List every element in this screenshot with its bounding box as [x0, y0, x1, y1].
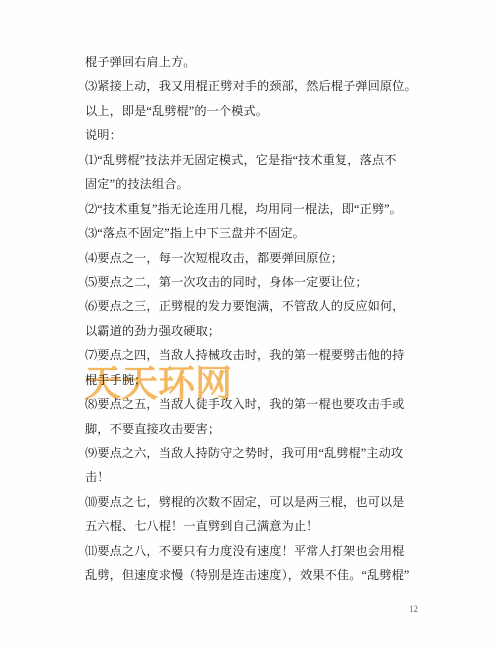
document-page: 天天环网 棍子弹回右肩上方。 ⑶紧接上动，我又用棍正劈对手的颈部，然后棍子弹回原…	[0, 0, 500, 647]
text-line: ⑾要点之八，不要只有力度没有速度！平常人打架也会用棍	[85, 539, 425, 563]
text-line: ⑽要点之七，劈棍的次数不固定，可以是两三棍，也可以是	[85, 490, 425, 514]
text-line: 以上，即是“乱劈棍”的一个模式。	[85, 99, 425, 123]
text-line: 固定”的技法组合。	[85, 172, 425, 196]
text-line: ⑺要点之四，当敌人持械攻击时，我的第一棍要劈击他的持	[85, 343, 425, 367]
text-line: ⑶“落点不固定”指上中下三盘并不固定。	[85, 221, 425, 245]
text-line: 说明：	[85, 123, 425, 147]
text-line: 五六棍、七八棍！一直劈到自己满意为止！	[85, 514, 425, 538]
text-line: 以霸道的劲力强攻硬取；	[85, 319, 425, 343]
text-line: ⑷要点之一，每一次短棍攻击，都要弹回原位；	[85, 246, 425, 270]
text-line: 棍子弹回右肩上方。	[85, 50, 425, 74]
text-line: 乱劈，但速度求慢（特别是连击速度），效果不佳。“乱劈棍”	[85, 563, 425, 587]
page-number: 12	[409, 604, 418, 614]
text-line: ⑻要点之五，当敌人徒手攻入时，我的第一棍也要攻击手或	[85, 392, 425, 416]
text-line: 击！	[85, 465, 425, 489]
text-line: ⑼要点之六，当敌人持防守之势时，我可用“乱劈棍”主动攻	[85, 441, 425, 465]
text-line: 脚，不要直接攻击要害；	[85, 417, 425, 441]
document-text-block: 棍子弹回右肩上方。 ⑶紧接上动，我又用棍正劈对手的颈部，然后棍子弹回原位。 以上…	[85, 50, 425, 588]
text-line: ⑹要点之三，正劈棍的发力要饱满，不管敌人的反应如何，	[85, 294, 425, 318]
text-line: ⑴“乱劈棍”技法并无固定模式，它是指“技术重复，落点不	[85, 148, 425, 172]
text-line: ⑶紧接上动，我又用棍正劈对手的颈部，然后棍子弹回原位。	[85, 74, 425, 98]
text-line: 棍手手腕；	[85, 368, 425, 392]
text-line: ⑸要点之二，第一次攻击的同时，身体一定要让位；	[85, 270, 425, 294]
text-line: ⑵“技术重复”指无论连用几棍，均用同一棍法，即“正劈”。	[85, 197, 425, 221]
